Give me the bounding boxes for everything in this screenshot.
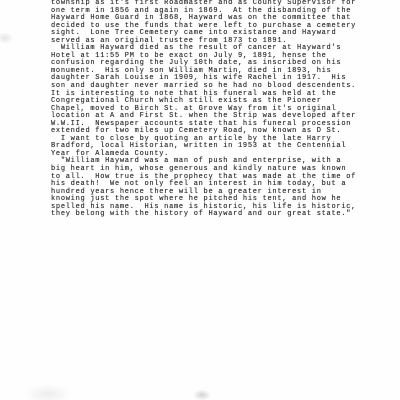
scan-smudge [24,384,72,400]
scan-smudge [0,32,14,44]
scan-smudge [192,389,212,400]
text-line: they belong with the history of Hayward … [51,211,363,219]
typewritten-text-block: township as it's first Roadmaster and as… [51,0,363,219]
scanned-document-page: township as it's first Roadmaster and as… [0,0,400,400]
